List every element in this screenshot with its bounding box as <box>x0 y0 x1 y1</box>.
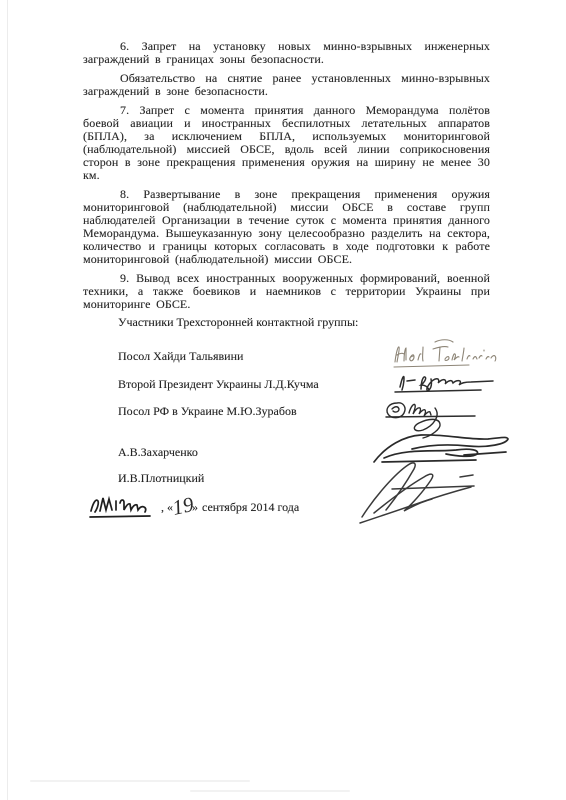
signatory-zurabov-label: Посол РФ в Украине М.Ю.Зурабов <box>118 404 297 419</box>
kuchma-signature <box>393 370 498 394</box>
date-line: , «19»сентября 2014 года <box>161 499 299 515</box>
tagliavini-ink <box>394 340 496 367</box>
kuchma-ink <box>395 376 493 392</box>
paragraph-9: 9. Вывод всех иностранных вооруженных фо… <box>83 272 490 311</box>
handwritten-day: 19 <box>172 499 195 513</box>
document-page: 6. Запрет на установку новых минно-взрыв… <box>0 0 566 800</box>
city-ink <box>90 498 150 517</box>
participants-heading: Участники Трехсторонней контактной групп… <box>118 315 358 330</box>
scan-streak <box>190 790 350 792</box>
plotnitsky-ink <box>360 463 474 523</box>
signatory-plotnitsky-label: И.В.Плотницкий <box>118 471 204 486</box>
signatory-kuchma-label: Второй Президент Украины Л.Д.Кучма <box>118 377 319 392</box>
paragraph-6: 6. Запрет на установку новых минно-взрыв… <box>83 40 490 66</box>
scan-streak <box>30 780 250 782</box>
date-comma: , <box>161 500 164 514</box>
paragraph-obligation: Обязательство на снятие ранее установлен… <box>83 72 490 98</box>
signatory-zakharchenko-label: А.В.Захарченко <box>118 445 198 460</box>
paragraph-7: 7. Запрет с момента принятия данного Мем… <box>83 104 490 182</box>
date-suffix: сентября 2014 года <box>202 500 299 514</box>
paragraph-8: 8. Развертывание в зоне прекращения прим… <box>83 188 490 266</box>
signatory-tagliavini-label: Посол Хайди Тальявини <box>118 349 243 364</box>
scan-edge-line <box>7 0 8 800</box>
memorandum-body: 6. Запрет на установку новых минно-взрыв… <box>83 40 490 317</box>
tagliavini-signature <box>391 337 531 371</box>
handwritten-city-signature <box>88 490 168 525</box>
plotnitsky-signature <box>356 455 481 525</box>
